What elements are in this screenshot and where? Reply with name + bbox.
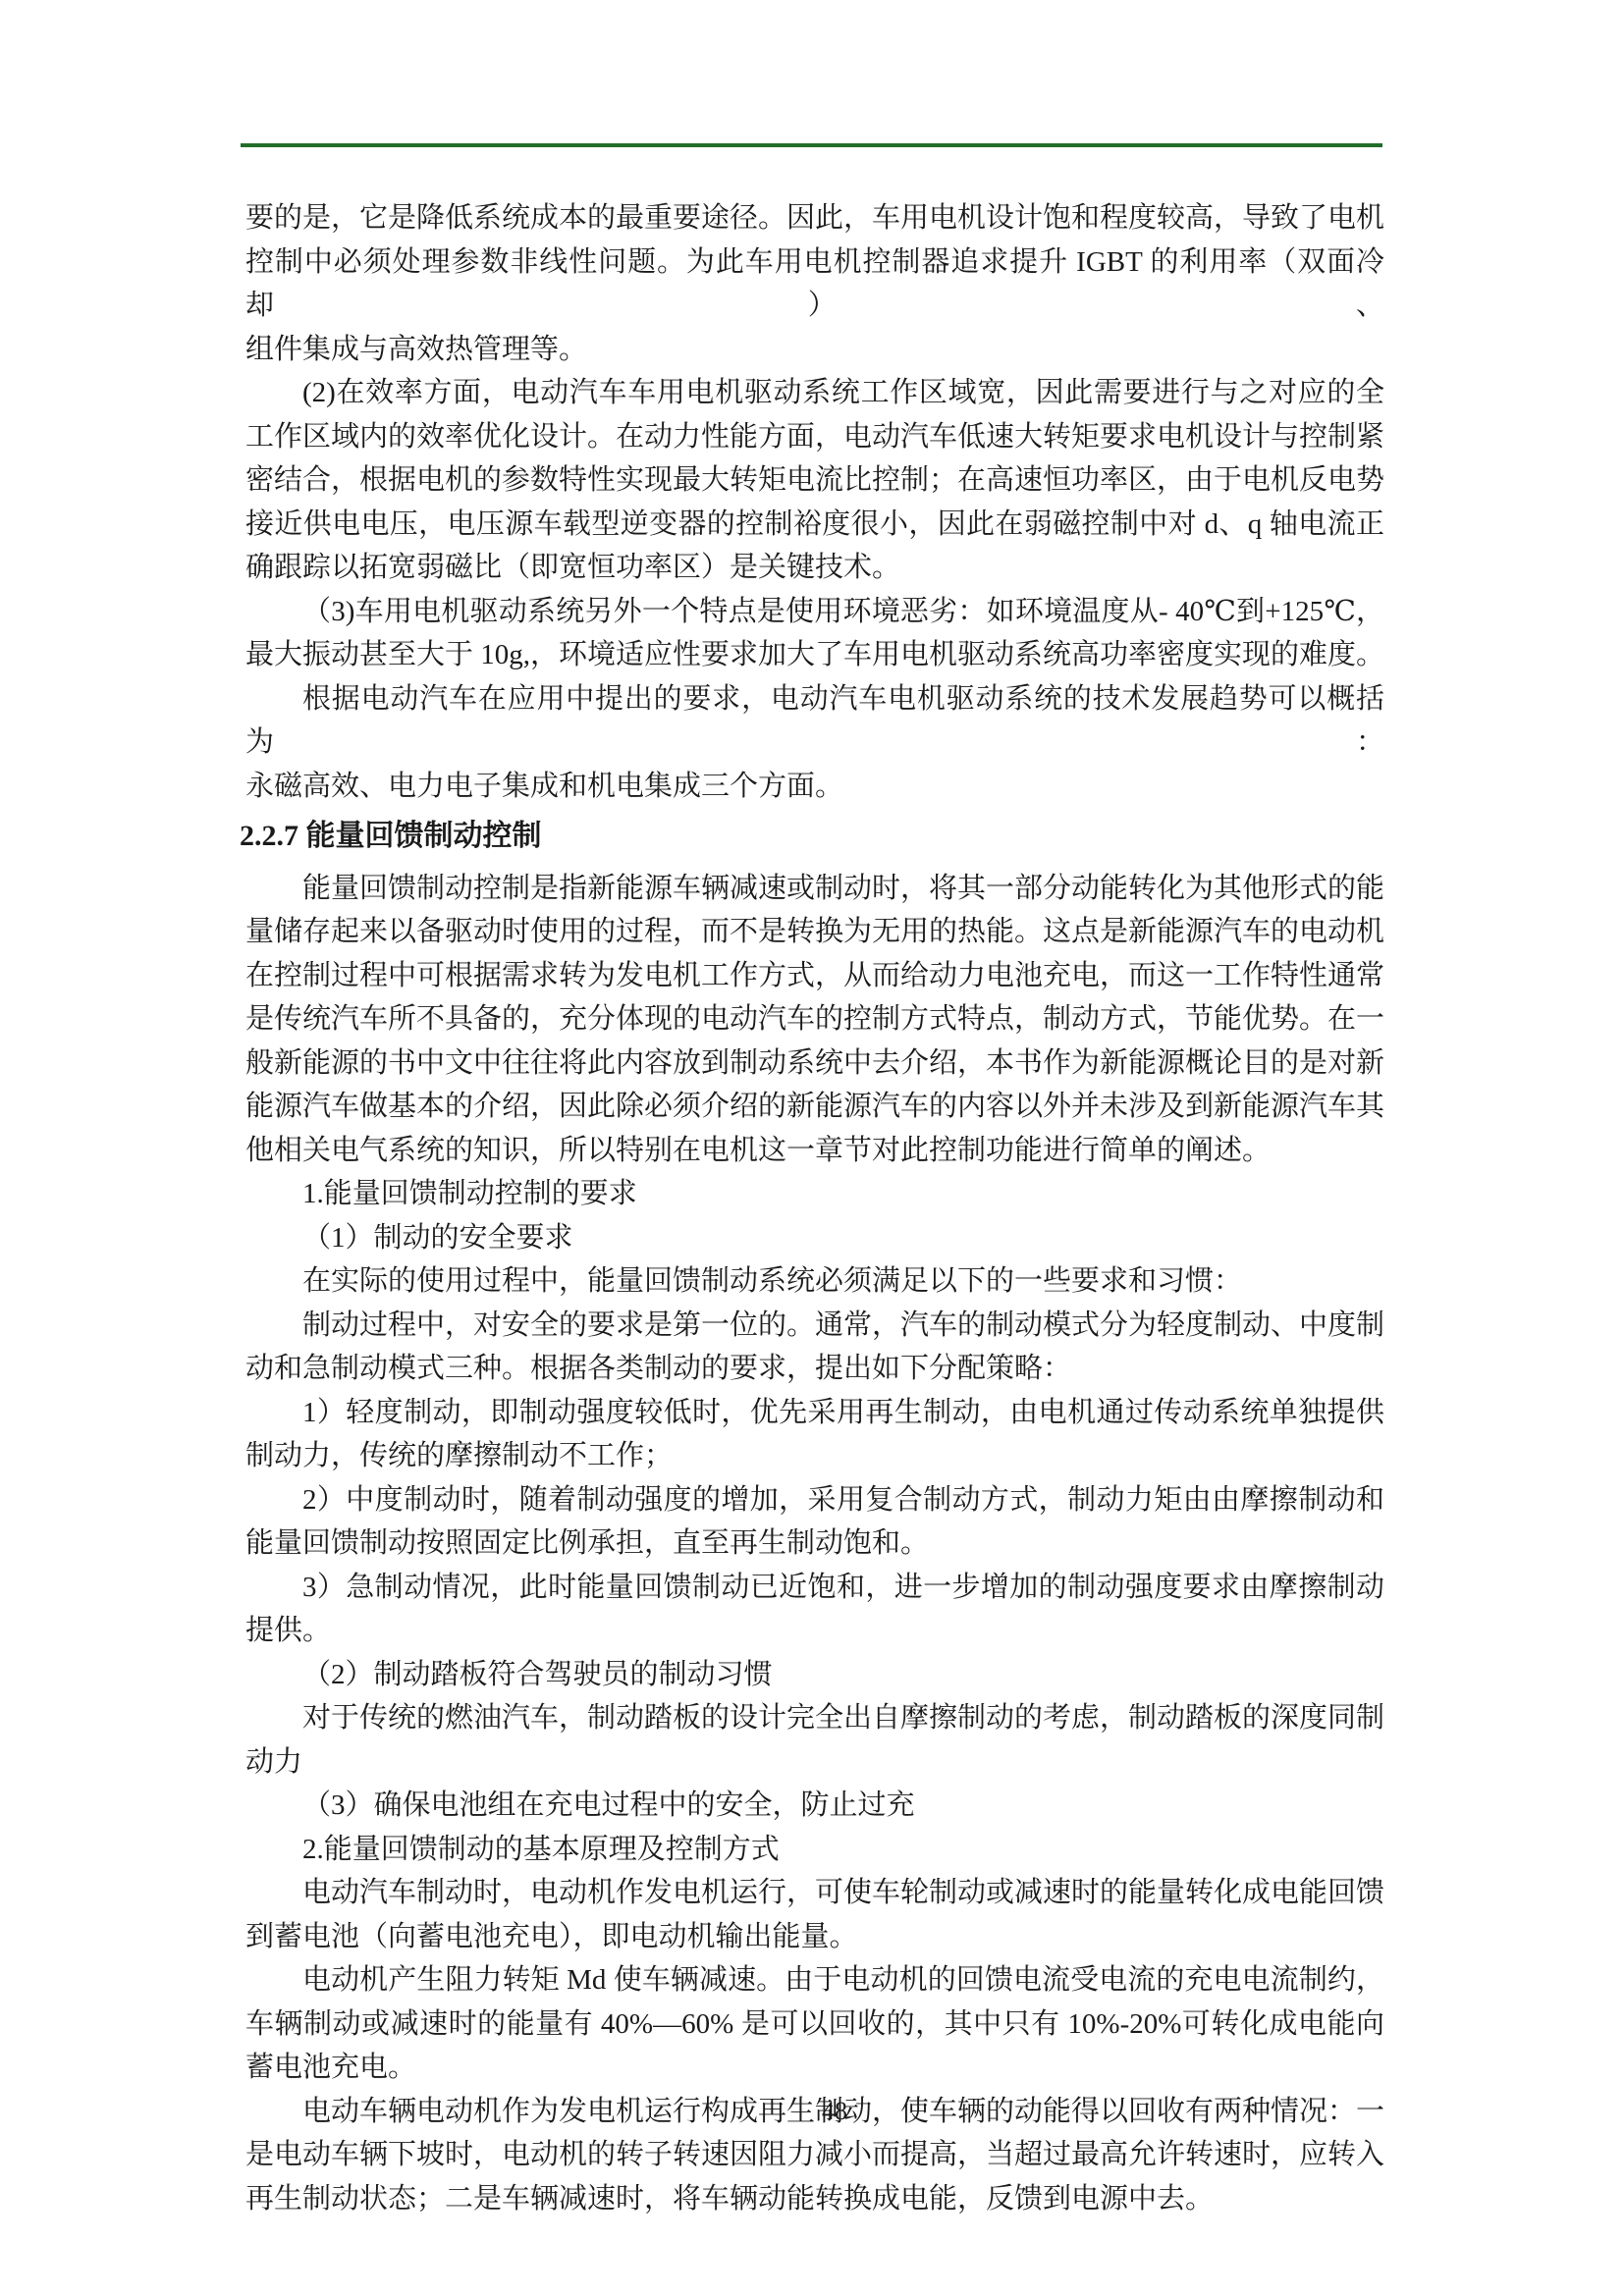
text-line: （3)车用电机驱动系统另外一个特点是使用环境恶劣：如环境温度从- 40℃到+12… [245, 590, 1384, 634]
text-line: 密结合，根据电机的参数特性实现最大转矩电流比控制；在高速恒功率区，由于电机反电势 [245, 458, 1384, 503]
text-line: 接近供电电压，电压源车载型逆变器的控制裕度很小，因此在弱磁控制中对 d、q 轴电… [245, 503, 1384, 547]
text-line: 车辆制动或减速时的能量有 40%—60% 是可以回收的，其中只有 10%-20%… [245, 2002, 1384, 2047]
text-line: （3）确保电池组在充电过程中的安全，防止过充 [245, 1784, 1384, 1828]
text-line: 电动汽车制动时，电动机作发电机运行，可使车轮制动或减速时的能量转化成电能回馈 [245, 1871, 1384, 1915]
text-line: 能量回馈制动控制是指新能源车辆减速或制动时，将其一部分动能转化为其他形式的能 [245, 867, 1384, 911]
text-line: 他相关电气系统的知识，所以特别在电机这一章节对此控制功能进行简单的阐述。 [245, 1129, 1384, 1173]
text-line: 3）急制动情况，此时能量回馈制动已近饱和，进一步增加的制动强度要求由摩擦制动 [245, 1566, 1384, 1610]
text-line: 在控制过程中可根据需求转为发电机工作方式，从而给动力电池充电，而这一工作特性通常 [245, 954, 1384, 998]
text-line: 动力 [245, 1740, 1384, 1785]
text-line: 根据电动汽车在应用中提出的要求，电动汽车电机驱动系统的技术发展趋势可以概括为： [245, 677, 1384, 765]
text-line: 是电动车辆下坡时，电动机的转子转速因阻力减小而提高，当超过最高允许转速时，应转入 [245, 2133, 1384, 2177]
section-heading: 2.2.7 能量回馈制动控制 [240, 815, 1384, 859]
text-line: （2）制动踏板符合驾驶员的制动习惯 [245, 1653, 1384, 1697]
text-line: 是传统汽车所不具备的，充分体现的电动汽车的控制方式特点，制动方式，节能优势。在一 [245, 997, 1384, 1041]
header-rule [241, 143, 1382, 147]
text-line: 电动机产生阻力转矩 Md 使车辆减速。由于电动机的回馈电流受电流的充电电流制约， [245, 1958, 1384, 2002]
text-line: 2.能量回馈制动的基本原理及控制方式 [245, 1828, 1384, 1872]
document-body: 要的是，它是降低系统成本的最重要途径。因此，车用电机设计饱和程度较高，导致了电机… [245, 196, 1384, 2220]
text-line: 能源汽车做基本的介绍，因此除必须介绍的新能源汽车的内容以外并未涉及到新能源汽车其 [245, 1085, 1384, 1129]
page-number: 48 [245, 2097, 1424, 2126]
document-page: 要的是，它是降低系统成本的最重要途径。因此，车用电机设计饱和程度较高，导致了电机… [0, 0, 1624, 2296]
text-line: 工作区域内的效率优化设计。在动力性能方面，电动汽车低速大转矩要求电机设计与控制紧 [245, 415, 1384, 459]
text-line: 提供。 [245, 1609, 1384, 1653]
text-line: 量储存起来以备驱动时使用的过程，而不是转换为无用的热能。这点是新能源汽车的电动机 [245, 910, 1384, 954]
text-line: 再生制动状态；二是车辆减速时，将车辆动能转换成电能，反馈到电源中去。 [245, 2177, 1384, 2221]
text-line: 般新能源的书中文中往往将此内容放到制动系统中去介绍，本书作为新能源概论目的是对新 [245, 1041, 1384, 1086]
text-line: (2)在效率方面，电动汽车车用电机驱动系统工作区域宽，因此需要进行与之对应的全 [245, 371, 1384, 415]
text-line: 能量回馈制动按照固定比例承担，直至再生制动饱和。 [245, 1522, 1384, 1566]
text-line: 制动力，传统的摩擦制动不工作； [245, 1434, 1384, 1478]
text-line: 2）中度制动时，随着制动强度的增加，采用复合制动方式，制动力矩由由摩擦制动和 [245, 1478, 1384, 1522]
text-line: 蓄电池充电。 [245, 2046, 1384, 2090]
text-line: 1）轻度制动，即制动强度较低时，优先采用再生制动，由电机通过传动系统单独提供 [245, 1391, 1384, 1435]
text-line: 确跟踪以拓宽弱磁比（即宽恒功率区）是关键技术。 [245, 546, 1384, 590]
text-line: （1）制动的安全要求 [245, 1216, 1384, 1260]
text-line: 组件集成与高效热管理等。 [245, 328, 1384, 372]
text-line: 1.能量回馈制动控制的要求 [245, 1172, 1384, 1216]
text-line: 在实际的使用过程中，能量回馈制动系统必须满足以下的一些要求和习惯： [245, 1259, 1384, 1304]
text-line: 到蓄电池（向蓄电池充电），即电动机输出能量。 [245, 1915, 1384, 1959]
text-line: 控制中必须处理参数非线性问题。为此车用电机控制器追求提升 IGBT 的利用率（双… [245, 240, 1384, 328]
text-line: 对于传统的燃油汽车，制动踏板的设计完全出自摩擦制动的考虑，制动踏板的深度同制 [245, 1696, 1384, 1740]
text-line: 动和急制动模式三种。根据各类制动的要求，提出如下分配策略： [245, 1347, 1384, 1391]
text-line: 要的是，它是降低系统成本的最重要途径。因此，车用电机设计饱和程度较高，导致了电机 [245, 196, 1384, 240]
text-line: 制动过程中，对安全的要求是第一位的。通常，汽车的制动模式分为轻度制动、中度制 [245, 1304, 1384, 1348]
text-line: 最大振动甚至大于 10g,，环境适应性要求加大了车用电机驱动系统高功率密度实现的… [245, 633, 1384, 677]
text-line: 永磁高效、电力电子集成和机电集成三个方面。 [245, 765, 1384, 809]
